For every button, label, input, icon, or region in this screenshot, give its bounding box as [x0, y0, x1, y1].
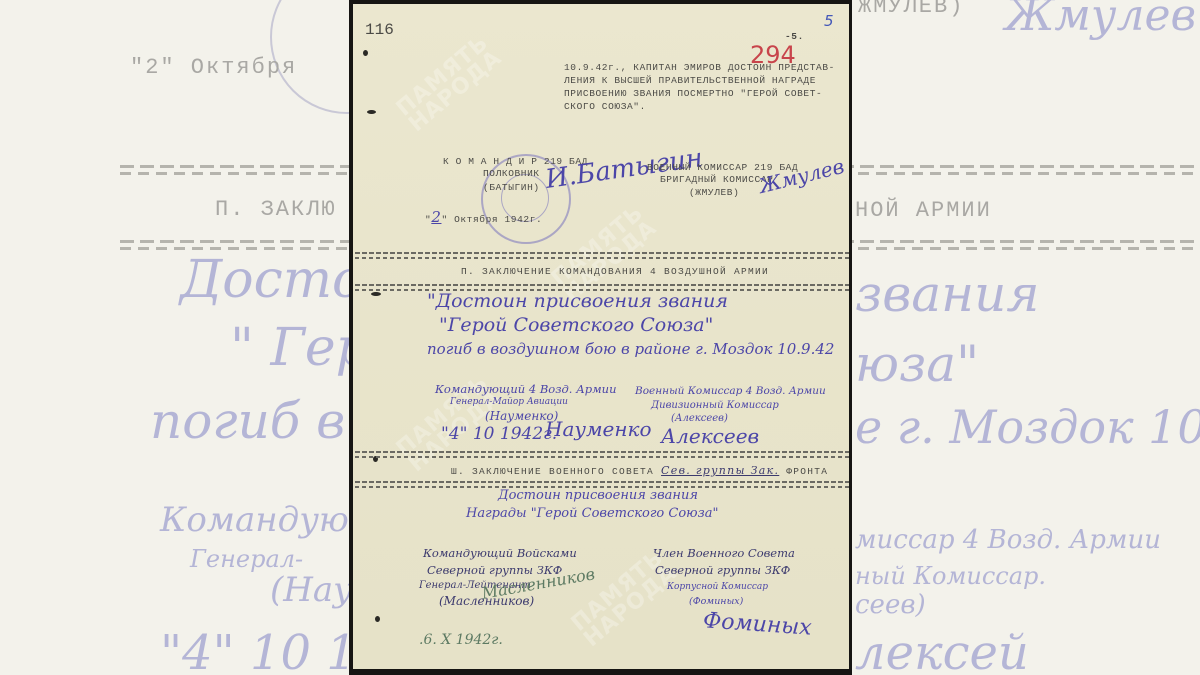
- archive-number: 116: [365, 24, 394, 36]
- dashed-rule: [355, 252, 849, 259]
- dashed-rule: [355, 451, 849, 458]
- section2-right-signature: Алексеев: [661, 424, 759, 448]
- commissar-signature: Жмулев: [756, 154, 846, 198]
- section3-right-signature: Фоминых: [702, 608, 812, 641]
- bg-hand-line: лексей: [855, 625, 1029, 675]
- section2-right-title: Военный Комиссар 4 Возд. Армии: [635, 385, 826, 397]
- binding-hole: [363, 50, 368, 56]
- date-rest: Октября 1942г.: [454, 214, 542, 225]
- section2-hand-line: погиб в воздушном бою в районе г. Моздок…: [427, 340, 834, 358]
- binding-hole: [371, 292, 381, 296]
- binding-hole: [367, 110, 376, 114]
- date-day: 2: [431, 208, 441, 226]
- bg-signature: Жмулев: [1005, 0, 1196, 41]
- typed-intro-line: СКОГО СОЮЗА".: [564, 101, 646, 113]
- page-number-pen: 5: [824, 12, 834, 30]
- dashed-rule: [355, 481, 849, 488]
- section3-right-line: Член Военного Совета: [653, 546, 795, 560]
- section2-hand-line: "Герой Советского Союза": [439, 314, 713, 336]
- bg-hand-line: погиб в: [150, 392, 345, 450]
- bg-date-text: "2" Октября: [130, 55, 297, 80]
- section3-right-name: (Фоминых): [689, 596, 743, 607]
- document-paper: ПАМЯТЬНАРОДА ПАМЯТЬНАРОДА ПАМЯТЬНАРОДА П…: [353, 4, 849, 669]
- bg-heading-right: НОЙ АРМИИ: [855, 198, 992, 223]
- bg-hand-line: миссар 4 Возд. Армии: [855, 525, 1161, 555]
- bg-hand-line: юза": [855, 335, 979, 393]
- typed-intro-line: ЛЕНИЯ К ВЫСШЕЙ ПРАВИТЕЛЬСТВЕННОЙ НАГРАДЕ: [564, 75, 816, 87]
- section3-heading-end: ФРОНТА: [786, 466, 828, 477]
- bg-hand-line: (Нау: [270, 570, 353, 610]
- section2-right-rank: Дивизионный Комиссар: [651, 400, 779, 411]
- commander-rank: ПОЛКОВНИК: [483, 168, 540, 180]
- section2-left-title: Командующий 4 Возд. Армии: [435, 382, 617, 396]
- section2-heading: П. ЗАКЛЮЧЕНИЕ КОМАНДОВАНИЯ 4 ВОЗДУШНОЙ А…: [461, 266, 769, 278]
- section2-left-signature: Науменко: [545, 417, 652, 441]
- section2-date: "4" 10 1942г.: [441, 424, 557, 444]
- section3-left-line: Командующий Войсками: [423, 546, 577, 560]
- typed-intro-line: 10.9.42г., КАПИТАН ЭМИРОВ ДОСТОИН ПРЕДСТ…: [564, 62, 835, 74]
- section3-heading: Ш. ЗАКЛЮЧЕНИЕ ВОЕННОГО СОВЕТА Сев. групп…: [451, 465, 828, 478]
- bg-hand-line: ный Комиссар.: [855, 562, 1046, 590]
- section3-right-rank: Корпусной Комиссар: [667, 582, 768, 592]
- date-219: "2" Октября 1942г.: [425, 211, 542, 226]
- watermark: ПАМЯТЬНАРОДА: [393, 32, 505, 135]
- binding-hole: [375, 616, 380, 622]
- bg-heading-left: П. ЗАКЛЮ: [215, 197, 337, 222]
- section3-hand-line: Достоин присвоения звания: [498, 488, 698, 503]
- bg-hand-line: сеев): [855, 590, 926, 620]
- document-scan: ПАМЯТЬНАРОДА ПАМЯТЬНАРОДА ПАМЯТЬНАРОДА П…: [349, 0, 852, 675]
- section3-heading-typed: Ш. ЗАКЛЮЧЕНИЕ ВОЕННОГО СОВЕТА: [451, 466, 654, 477]
- section3-date: .6. X 1942г.: [419, 632, 503, 648]
- commander-name: (БАТЫГИН): [483, 182, 540, 194]
- section3-hand-line: Награды "Герой Советского Союза": [466, 506, 718, 521]
- section2-right-name: (Алексеев): [671, 413, 728, 424]
- bg-hand-line: Командую: [160, 500, 349, 540]
- bg-hand-line: звания: [855, 265, 1039, 323]
- bg-name-text: ЖМУЛЕВ): [858, 0, 964, 19]
- bg-hand-line: Генерал-: [190, 545, 303, 573]
- section3-heading-hand: Сев. группы Зак.: [661, 464, 779, 477]
- section3-right-line: Северной группы ЗКФ: [655, 563, 790, 577]
- typed-intro-line: ПРИСВОЕНИЮ ЗВАНИЯ ПОСМЕРТНО "ГЕРОЙ СОВЕТ…: [564, 88, 822, 100]
- commissar-name: (ЖМУЛЕВ): [689, 187, 739, 199]
- section2-left-rank: Генерал-Майор Авиации: [450, 397, 568, 407]
- bg-hand-line: е г. Моздок 10.9.: [855, 400, 1200, 454]
- section2-hand-line: "Достоин присвоения звания: [427, 290, 728, 312]
